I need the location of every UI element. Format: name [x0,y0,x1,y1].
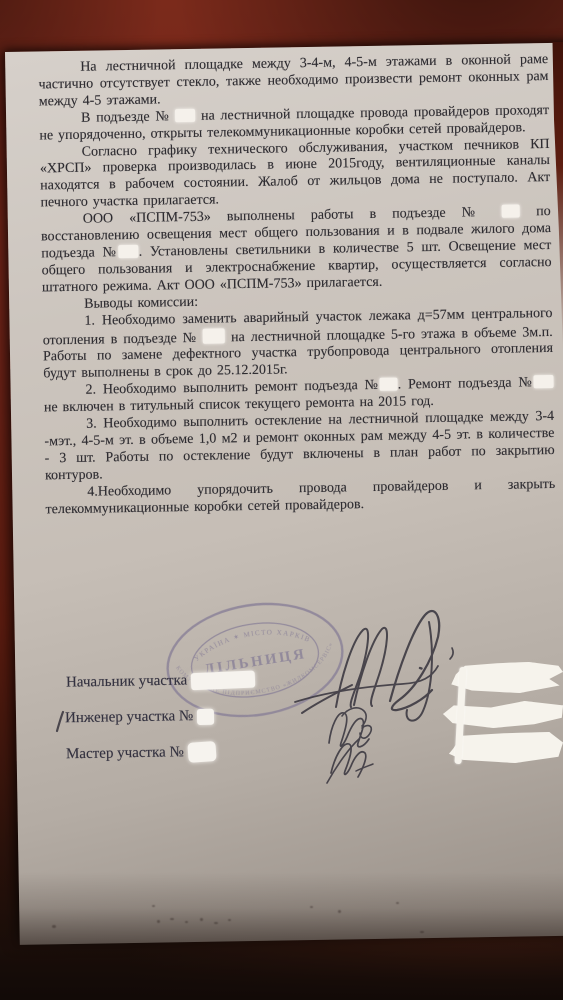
redaction-box [187,741,216,763]
document-paper: На лестничной площадке между 3-4-м, 4-5-… [5,42,563,945]
redaction-box [191,671,256,691]
redaction-box [502,205,520,218]
redaction-box [197,708,214,724]
redaction-box [380,378,398,391]
redaction-box [533,375,553,388]
paragraph: 3. Необходимо выполнить остекление на ле… [44,409,555,485]
signature-line-inzhener: Инженер участка № [65,708,215,728]
signature-line-nachalnik: Начальник участка [66,671,256,691]
paragraph: 1. Необходимо заменить аварийный участок… [42,306,553,384]
signature-label: Начальник участка [66,673,188,692]
signature-label: Инженер участка № [65,708,194,727]
redaction-blob [449,732,563,763]
signature-line-master: Мастер участка № [66,742,216,765]
paragraph: Согласно графику технического обслуживан… [40,137,551,213]
paragraph: ООО «ПСПМ-753» выполнены работы в подъез… [41,204,552,297]
redaction-box [119,245,139,258]
redaction-box [203,328,225,343]
paragraph: На лестничной площадке между 3-4-м, 4-5-… [38,52,549,111]
document-body: На лестничной площадке между 3-4-м, 4-5-… [5,42,563,519]
paragraph: 4.Необходимо упорядочить провода провайд… [45,477,555,519]
redaction-box [175,109,195,122]
document-photo: На лестничной площадке между 3-4-м, 4-5-… [0,0,563,1000]
signature-label: Мастер участка № [66,744,184,763]
